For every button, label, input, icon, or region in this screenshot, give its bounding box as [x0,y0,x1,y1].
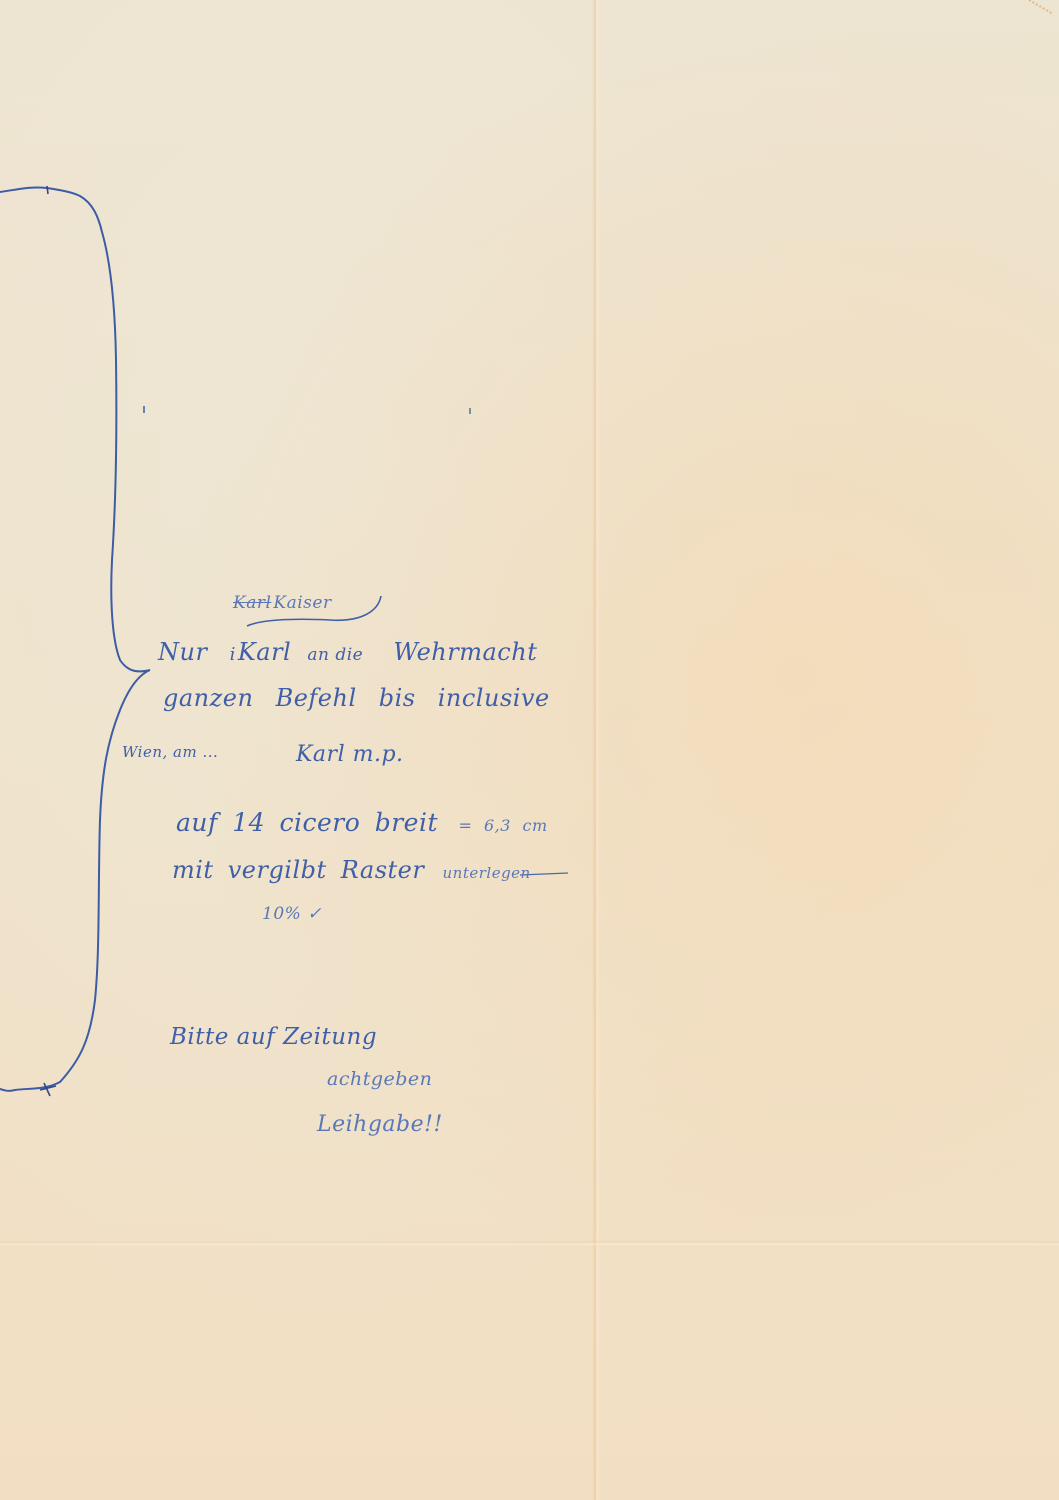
line-3-left: Wien, am ... [122,743,218,761]
line-2: ganzen Befehl bis inclusive [163,684,550,712]
line-3-right: Karl m.p. [296,742,404,767]
word-karl: Karl [238,638,291,666]
line-1: Nur iKarl an die Wehrmacht [158,638,537,666]
word-nur: Nur [158,638,207,666]
closing-line-1: Bitte auf Zeitung [170,1024,377,1050]
line-4: auf 14 cicero breit = 6,3 cm [176,808,548,837]
raster-spec: mit vergilbt Raster [172,856,424,884]
closing-line-2: achtgeben [327,1068,432,1090]
word-an-die: an die [307,645,363,665]
document-page: KarlKaiser Nur iKarl an die Wehrmacht ga… [0,0,1059,1500]
insertion-note: KarlKaiser [233,593,332,613]
replacement-word: Kaiser [273,593,331,613]
struck-word: Karl [233,593,271,613]
word-wehrmacht: Wehrmacht [393,638,537,666]
closing-line-3: Leihgabe!! [317,1112,443,1137]
line-6-percentage: 10% ✓ [262,904,322,924]
insertion-caret: i [230,644,236,665]
width-cm-note: = 6,3 cm [458,816,547,835]
raster-note: unterlegen [443,864,531,882]
line-5: mit vergilbt Raster unterlegen [172,856,531,884]
width-spec: auf 14 cicero breit [176,808,438,837]
